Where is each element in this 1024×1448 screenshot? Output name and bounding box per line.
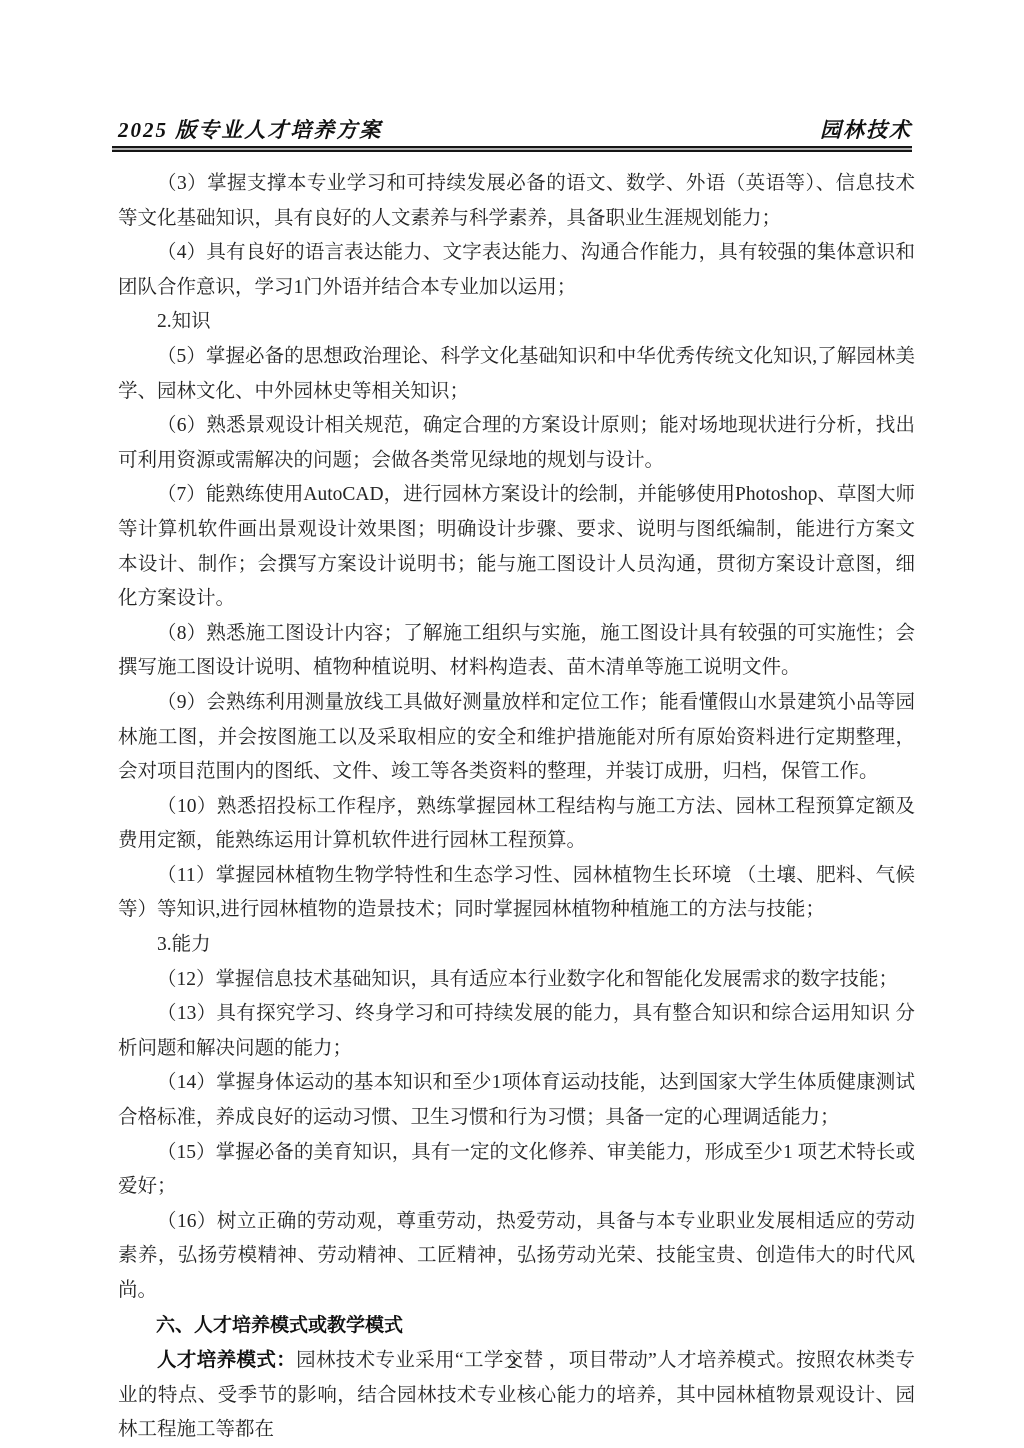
body-paragraph: （3）掌握支撑本专业学习和可持续发展必备的语文、数学、外语（英语等）、信息技术等…: [118, 167, 915, 236]
subsection-label-knowledge: 2.知识: [118, 305, 915, 340]
page-number: 2: [508, 1352, 517, 1372]
body-paragraph: （14）掌握身体运动的基本知识和至少1项体育运动技能，达到国家大学生体质健康测试…: [118, 1066, 915, 1135]
body-paragraph: （12）掌握信息技术基础知识，具有适应本行业数字化和智能化发展需求的数字技能；: [118, 963, 915, 998]
document-page: 2025 版专业人才培养方案 园林技术 （3）掌握支撑本专业学习和可持续发展必备…: [0, 0, 1024, 1448]
document-body: （3）掌握支撑本专业学习和可持续发展必备的语文、数学、外语（英语等）、信息技术等…: [118, 167, 915, 1448]
body-paragraph: （8）熟悉施工图设计内容；了解施工组织与实施，施工图设计具有较强的可实施性；会撰…: [118, 617, 915, 686]
body-paragraph: （9）会熟练利用测量放线工具做好测量放样和定位工作；能看懂假山水景建筑小品等园林…: [118, 686, 915, 790]
header-doc-title: 2025 版专业人才培养方案: [118, 114, 382, 144]
subsection-label-ability: 3.能力: [118, 928, 915, 963]
section-heading-training-mode: 六、人才培养模式或教学模式: [118, 1309, 915, 1344]
body-paragraph: （11）掌握园林植物生物学特性和生态学习性、园林植物生长环境 （土壤、肥料、气候…: [118, 859, 915, 928]
header-doc-subject: 园林技术: [820, 114, 912, 144]
body-paragraph: （15）掌握必备的美育知识，具有一定的文化修养、审美能力，形成至少1 项艺术特长…: [118, 1136, 915, 1205]
body-paragraph: （5）掌握必备的思想政治理论、科学文化基础知识和中华优秀传统文化知识,了解园林美…: [118, 340, 915, 409]
body-paragraph: （10）熟悉招投标工作程序，熟练掌握园林工程结构与施工方法、园林工程预算定额及费…: [118, 790, 915, 859]
body-paragraph: （16）树立正确的劳动观，尊重劳动，热爱劳动，具备与本专业职业发展相适应的劳动素…: [118, 1205, 915, 1309]
body-paragraph: （4）具有良好的语言表达能力、文字表达能力、沟通合作能力，具有较强的集体意识和团…: [118, 236, 915, 305]
body-paragraph: （7）能熟练使用AutoCAD，进行园林方案设计的绘制，并能够使用Photosh…: [118, 478, 915, 616]
page-footer: 2: [0, 1352, 1024, 1373]
body-paragraph: （6）熟悉景观设计相关规范，确定合理的方案设计原则；能对场地现状进行分析，找出可…: [118, 409, 915, 478]
page-header: 2025 版专业人才培养方案 园林技术: [118, 114, 912, 144]
header-divider-rule: [112, 146, 912, 152]
body-paragraph: （13）具有探究学习、终身学习和可持续发展的能力，具有整合知识和综合运用知识 分…: [118, 997, 915, 1066]
